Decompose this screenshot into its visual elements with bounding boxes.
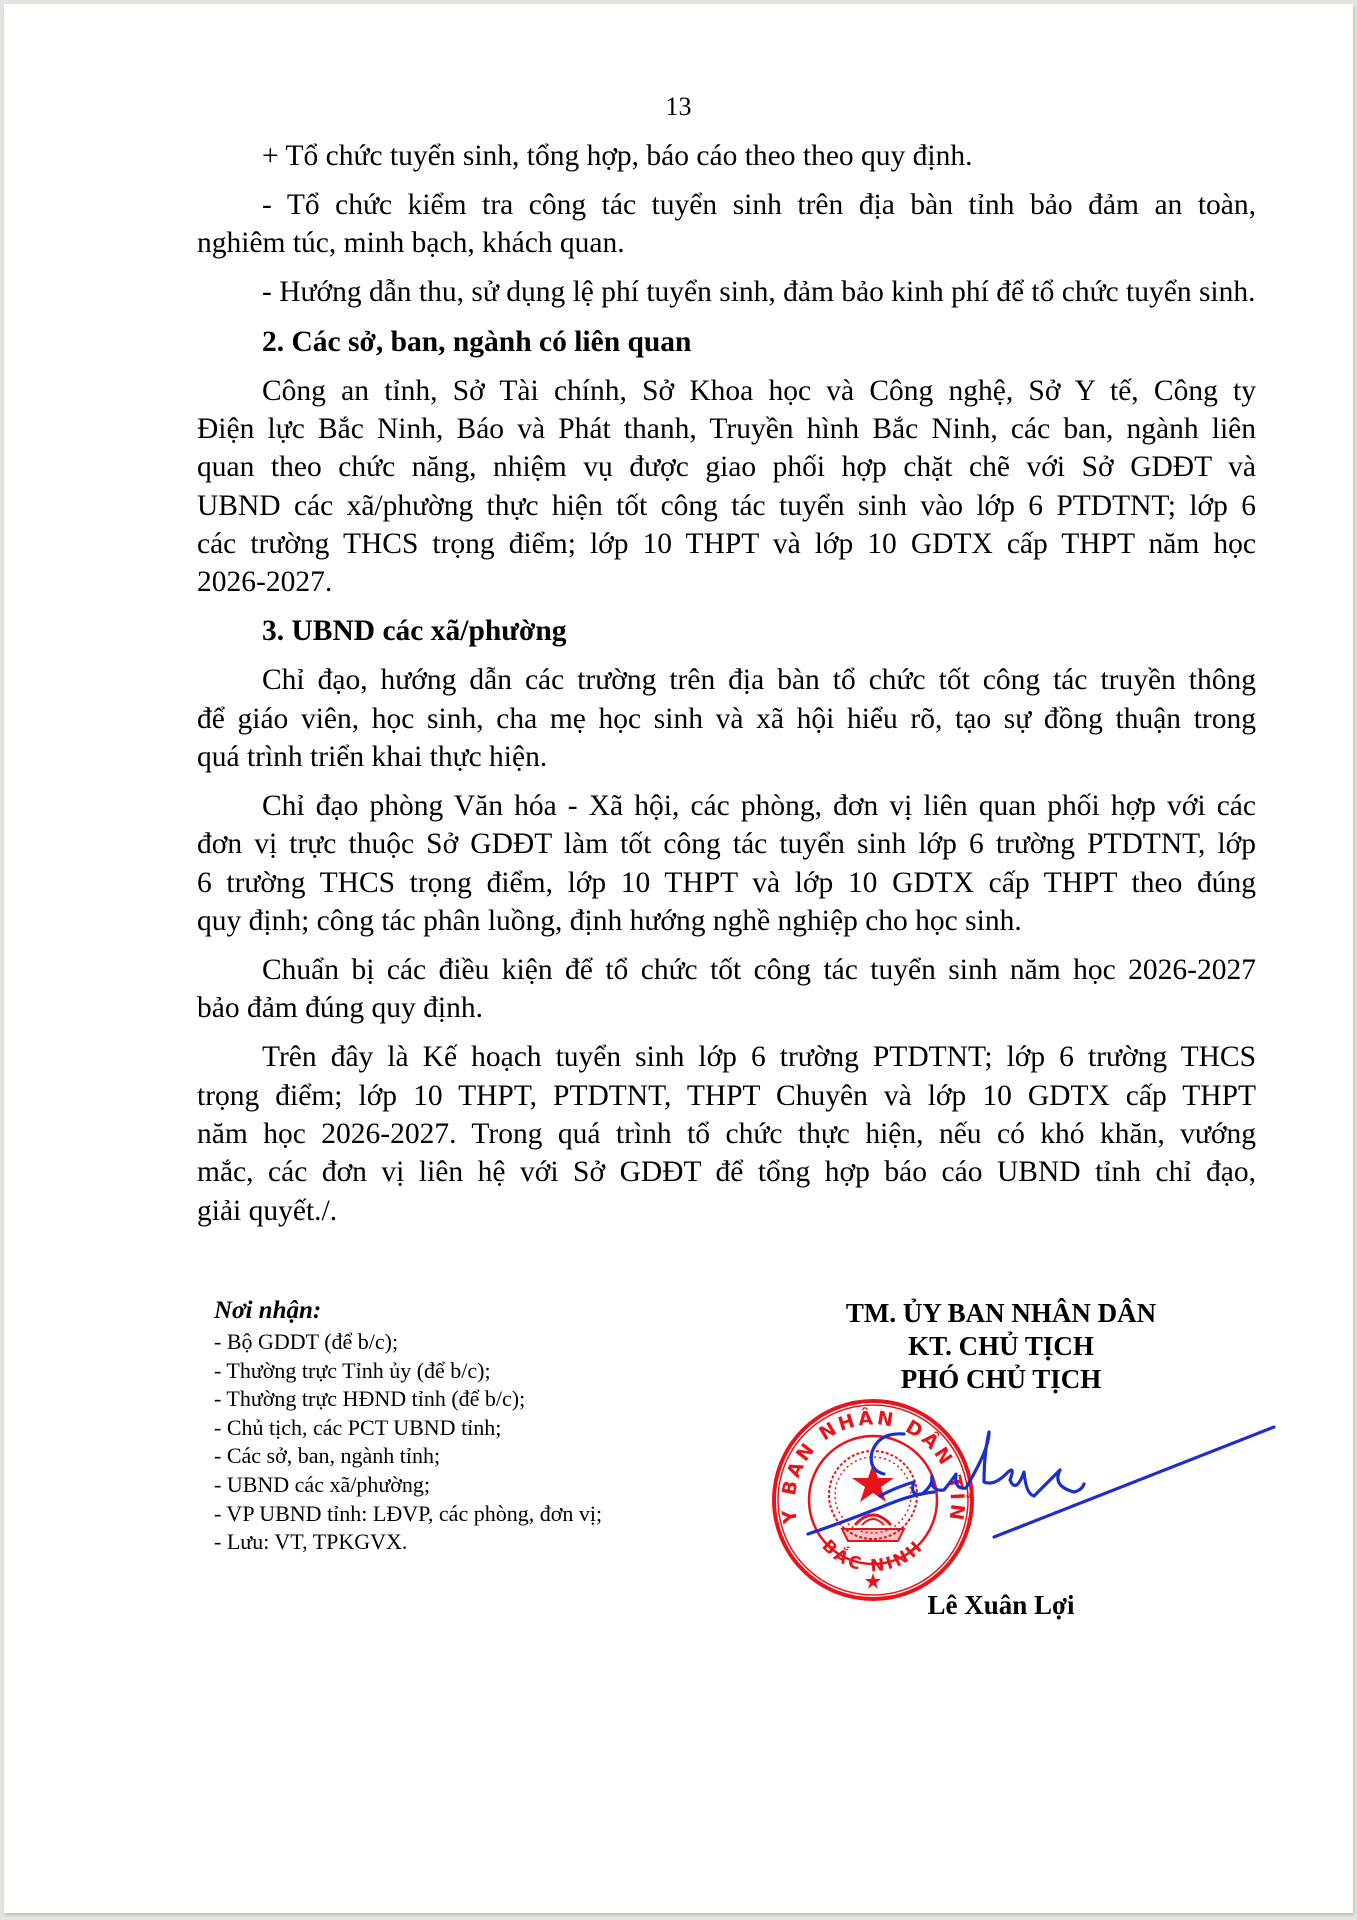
paragraph: Công an tỉnh, Sở Tài chính, Sở Khoa học …	[197, 372, 1256, 602]
text-line: Chỉ đạo, hướng dẫn các trường trên địa b…	[197, 661, 1256, 699]
recipient-item: - Thường trực HĐND tỉnh (để b/c);	[214, 1385, 602, 1414]
text-line: 3. UBND các xã/phường	[197, 612, 1256, 650]
handwritten-signature	[784, 1404, 1294, 1554]
text-line: - Hướng dẫn thu, sử dụng lệ phí tuyển si…	[197, 273, 1256, 311]
text-line: + Tổ chức tuyển sinh, tổng hợp, báo cáo …	[197, 137, 1256, 175]
paragraph: Chuẩn bị các điều kiện để tổ chức tốt cô…	[197, 951, 1256, 1028]
section-heading: 2. Các sở, ban, ngành có liên quan	[197, 323, 1256, 361]
text-line: quan theo chức năng, nhiệm vụ được giao …	[197, 448, 1256, 486]
text-line: Trên đây là Kế hoạch tuyển sinh lớp 6 tr…	[197, 1038, 1256, 1076]
text-line: đơn vị trực thuộc Sở GDĐT làm tốt công t…	[197, 825, 1256, 863]
signer-name: Lê Xuân Lợi	[801, 1589, 1201, 1621]
section-heading: 3. UBND các xã/phường	[197, 612, 1256, 650]
text-line: Điện lực Bắc Ninh, Báo và Phát thanh, Tr…	[197, 410, 1256, 448]
text-line: Chuẩn bị các điều kiện để tổ chức tốt cô…	[197, 951, 1256, 989]
paragraph: + Tổ chức tuyển sinh, tổng hợp, báo cáo …	[197, 137, 1256, 175]
signature-authority-line: KT. CHỦ TỊCH	[801, 1330, 1201, 1363]
paragraph: - Hướng dẫn thu, sử dụng lệ phí tuyển si…	[197, 273, 1256, 311]
text-line: quá trình triển khai thực hiện.	[197, 738, 1256, 776]
text-line: 6 trường THCS trọng điểm, lớp 10 THPT và…	[197, 864, 1256, 902]
recipient-item: - UBND các xã/phường;	[214, 1471, 602, 1500]
text-line: trọng điểm; lớp 10 THPT, PTDTNT, THPT Ch…	[197, 1077, 1256, 1115]
text-line: mắc, các đơn vị liên hệ với Sở GDĐT để t…	[197, 1153, 1256, 1191]
text-line: 2. Các sở, ban, ngành có liên quan	[197, 323, 1256, 361]
recipient-item: - Bộ GDDT (để b/c);	[214, 1328, 602, 1357]
text-line: Công an tỉnh, Sở Tài chính, Sở Khoa học …	[197, 372, 1256, 410]
text-line: để giáo viên, học sinh, cha mẹ học sinh …	[197, 700, 1256, 738]
recipient-item: - Lưu: VT, TPKGVX.	[214, 1528, 602, 1557]
text-line: Chỉ đạo phòng Văn hóa - Xã hội, các phòn…	[197, 787, 1256, 825]
paragraph: Trên đây là Kế hoạch tuyển sinh lớp 6 tr…	[197, 1038, 1256, 1229]
signature-title-block: TM. ỦY BAN NHÂN DÂN KT. CHỦ TỊCH PHÓ CHỦ…	[801, 1297, 1201, 1396]
paragraph: Chỉ đạo, hướng dẫn các trường trên địa b…	[197, 661, 1256, 776]
document-page: 13 + Tổ chức tuyển sinh, tổng hợp, báo c…	[4, 4, 1353, 1913]
recipients-block: Nơi nhận: - Bộ GDDT (để b/c); - Thường t…	[214, 1296, 602, 1557]
paragraph: - Tổ chức kiểm tra công tác tuyển sinh t…	[197, 186, 1256, 263]
signature-position-line: PHÓ CHỦ TỊCH	[801, 1363, 1201, 1396]
recipient-item: - Chủ tịch, các PCT UBND tỉnh;	[214, 1414, 602, 1443]
signature-org-line: TM. ỦY BAN NHÂN DÂN	[801, 1297, 1201, 1330]
text-line: 2026-2027.	[197, 563, 1256, 601]
text-line: bảo đảm đúng quy định.	[197, 989, 1256, 1027]
text-line: UBND các xã/phường thực hiện tốt công tá…	[197, 487, 1256, 525]
recipient-item: - Các sở, ban, ngành tỉnh;	[214, 1442, 602, 1471]
text-line: quy định; công tác phân luồng, định hướn…	[197, 902, 1256, 940]
document-body: + Tổ chức tuyển sinh, tổng hợp, báo cáo …	[197, 137, 1256, 1241]
page-number: 13	[4, 92, 1353, 122]
recipient-item: - Thường trực Tỉnh ủy (để b/c);	[214, 1357, 602, 1386]
recipient-item: - VP UBND tỉnh: LĐVP, các phòng, đơn vị;	[214, 1500, 602, 1529]
text-line: - Tổ chức kiểm tra công tác tuyển sinh t…	[197, 186, 1256, 224]
text-line: giải quyết./.	[197, 1192, 1256, 1230]
paragraph: Chỉ đạo phòng Văn hóa - Xã hội, các phòn…	[197, 787, 1256, 940]
text-line: các trường THCS trọng điểm; lớp 10 THPT …	[197, 525, 1256, 563]
text-line: năm học 2026-2027. Trong quá trình tổ ch…	[197, 1115, 1256, 1153]
recipients-title: Nơi nhận:	[214, 1296, 602, 1326]
text-line: nghiêm túc, minh bạch, khách quan.	[197, 224, 1256, 262]
